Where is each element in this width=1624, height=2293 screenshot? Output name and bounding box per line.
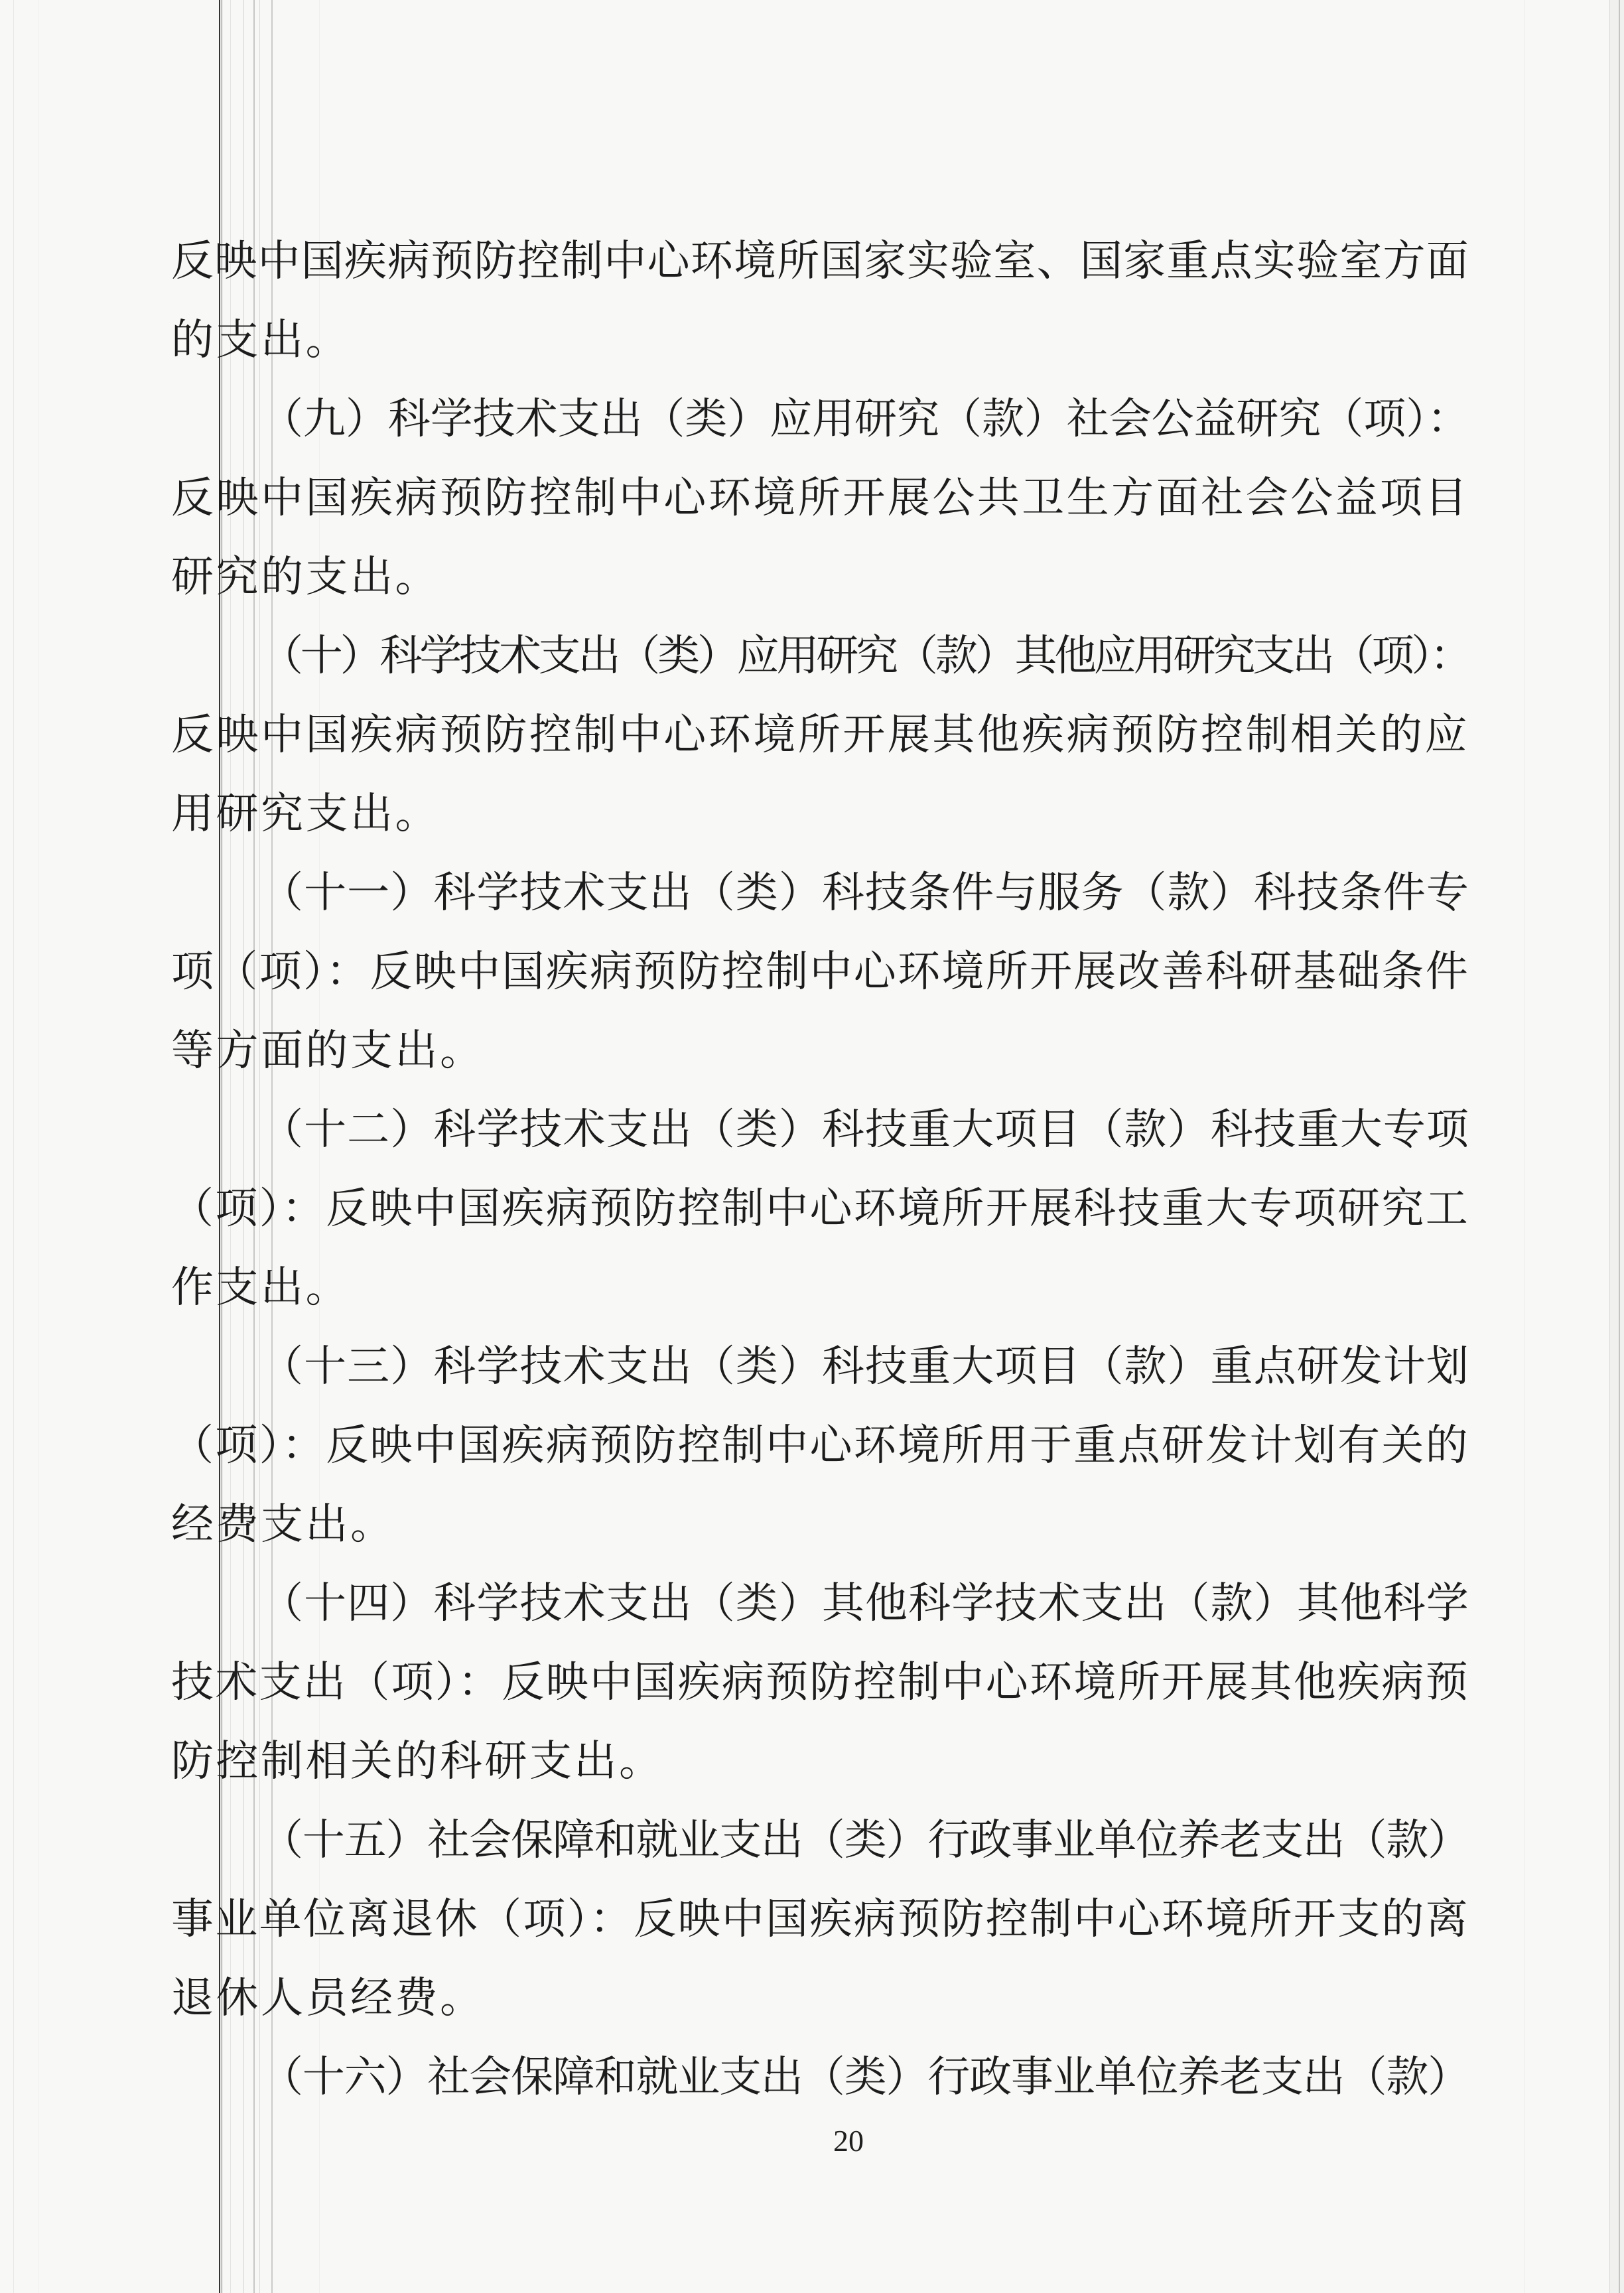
text-line-content: （十四）科学技术支出（类）其他科学技术支出（款）其他科学 bbox=[261, 1580, 1469, 1627]
text-line-content: 反映中国疾病预防控制中心环境所开展公共卫生方面社会公益项目 bbox=[171, 474, 1469, 521]
text-line: （十五）社会保障和就业支出（类）行政事业单位养老支出（款） bbox=[171, 1801, 1469, 1880]
text-line: 技术支出（项）：反映中国疾病预防控制中心环境所开展其他疾病预 bbox=[171, 1643, 1469, 1722]
text-line-content: （十一）科学技术支出（类）科技条件与服务（款）科技条件专 bbox=[261, 869, 1469, 916]
text-line: 事业单位离退休（项）：反映中国疾病预防控制中心环境所开支的离 bbox=[171, 1880, 1469, 1959]
text-line: （十六）社会保障和就业支出（类）行政事业单位养老支出（款） bbox=[171, 2038, 1469, 2117]
body-text-block: 反映中国疾病预防控制中心环境所国家实验室、国家重点实验室方面的支出。（九）科学技… bbox=[171, 222, 1469, 2117]
page-right-edge-shading bbox=[1610, 0, 1624, 2293]
text-line-content: （十三）科学技术支出（类）科技重大项目（款）重点研发计划 bbox=[261, 1343, 1469, 1390]
page-edge-line bbox=[1619, 0, 1620, 2293]
page-edge-line bbox=[1609, 0, 1610, 2293]
text-line: （十三）科学技术支出（类）科技重大项目（款）重点研发计划 bbox=[171, 1327, 1469, 1406]
text-line: （项）：反映中国疾病预防控制中心环境所用于重点研发计划有关的 bbox=[171, 1406, 1469, 1485]
text-line: 反映中国疾病预防控制中心环境所开展公共卫生方面社会公益项目 bbox=[171, 458, 1469, 537]
text-line: （十一）科学技术支出（类）科技条件与服务（款）科技条件专 bbox=[171, 853, 1469, 932]
text-line: 研究的支出。 bbox=[171, 537, 1469, 616]
text-line-content: 研究的支出。 bbox=[171, 553, 440, 600]
text-line-content: （十六）社会保障和就业支出（类）行政事业单位养老支出（款） bbox=[261, 2053, 1469, 2101]
scanned-document-page: 反映中国疾病预防控制中心环境所国家实验室、国家重点实验室方面的支出。（九）科学技… bbox=[0, 0, 1624, 2293]
scan-line-left-faint bbox=[13, 0, 14, 2293]
text-line: 退休人员经费。 bbox=[171, 1959, 1469, 2038]
text-line: （十）科学技术支出（类）应用研究（款）其他应用研究支出（项）： bbox=[171, 616, 1469, 695]
text-line-content: 项（项）：反映中国疾病预防控制中心环境所开展改善科研基础条件 bbox=[171, 948, 1469, 995]
page-number: 20 bbox=[814, 2122, 883, 2160]
scan-line-left-faint bbox=[38, 0, 38, 2293]
text-line-content: （项）：反映中国疾病预防控制中心环境所用于重点研发计划有关的 bbox=[171, 1422, 1469, 1469]
text-line: 经费支出。 bbox=[171, 1485, 1469, 1564]
text-line-content: 技术支出（项）：反映中国疾病预防控制中心环境所开展其他疾病预 bbox=[171, 1659, 1469, 1706]
text-line: （项）：反映中国疾病预防控制中心环境所开展科技重大专项研究工 bbox=[171, 1169, 1469, 1248]
text-line: （十四）科学技术支出（类）其他科学技术支出（款）其他科学 bbox=[171, 1564, 1469, 1643]
text-line-content: 用研究支出。 bbox=[171, 790, 440, 837]
text-line: 的支出。 bbox=[171, 301, 1469, 380]
text-line: 等方面的支出。 bbox=[171, 1011, 1469, 1090]
text-line: （九）科学技术支出（类）应用研究（款）社会公益研究（项）： bbox=[171, 380, 1469, 458]
text-line: 项（项）：反映中国疾病预防控制中心环境所开展改善科研基础条件 bbox=[171, 932, 1469, 1011]
text-line-content: （十五）社会保障和就业支出（类）行政事业单位养老支出（款） bbox=[261, 1817, 1469, 1864]
text-line: 防控制相关的科研支出。 bbox=[171, 1722, 1469, 1801]
text-line-content: 防控制相关的科研支出。 bbox=[171, 1738, 664, 1785]
text-line-content: 等方面的支出。 bbox=[171, 1027, 485, 1074]
text-line-content: 反映中国疾病预防控制中心环境所国家实验室、国家重点实验室方面 bbox=[171, 238, 1469, 285]
text-line: 用研究支出。 bbox=[171, 774, 1469, 853]
text-line: 反映中国疾病预防控制中心环境所开展其他疾病预防控制相关的应 bbox=[171, 695, 1469, 774]
text-line-content: （十二）科学技术支出（类）科技重大项目（款）科技重大专项 bbox=[261, 1106, 1469, 1153]
text-line-content: 的支出。 bbox=[171, 316, 350, 364]
text-line-content: （九）科学技术支出（类）应用研究（款）社会公益研究（项）： bbox=[261, 395, 1469, 443]
text-line: （十二）科学技术支出（类）科技重大项目（款）科技重大专项 bbox=[171, 1090, 1469, 1169]
text-line-content: （项）：反映中国疾病预防控制中心环境所开展科技重大专项研究工 bbox=[171, 1185, 1469, 1232]
text-line: 作支出。 bbox=[171, 1248, 1469, 1327]
text-line-content: 事业单位离退休（项）：反映中国疾病预防控制中心环境所开支的离 bbox=[171, 1896, 1469, 1943]
text-line-content: 经费支出。 bbox=[171, 1501, 395, 1548]
text-line-content: （十）科学技术支出（类）应用研究（款）其他应用研究支出（项）： bbox=[261, 632, 1469, 679]
scan-line-right-faint bbox=[1524, 0, 1524, 2293]
text-line-content: 作支出。 bbox=[171, 1264, 350, 1311]
text-line: 反映中国疾病预防控制中心环境所国家实验室、国家重点实验室方面 bbox=[171, 222, 1469, 301]
text-line-content: 反映中国疾病预防控制中心环境所开展其他疾病预防控制相关的应 bbox=[171, 711, 1469, 758]
text-line-content: 退休人员经费。 bbox=[171, 1975, 485, 2022]
